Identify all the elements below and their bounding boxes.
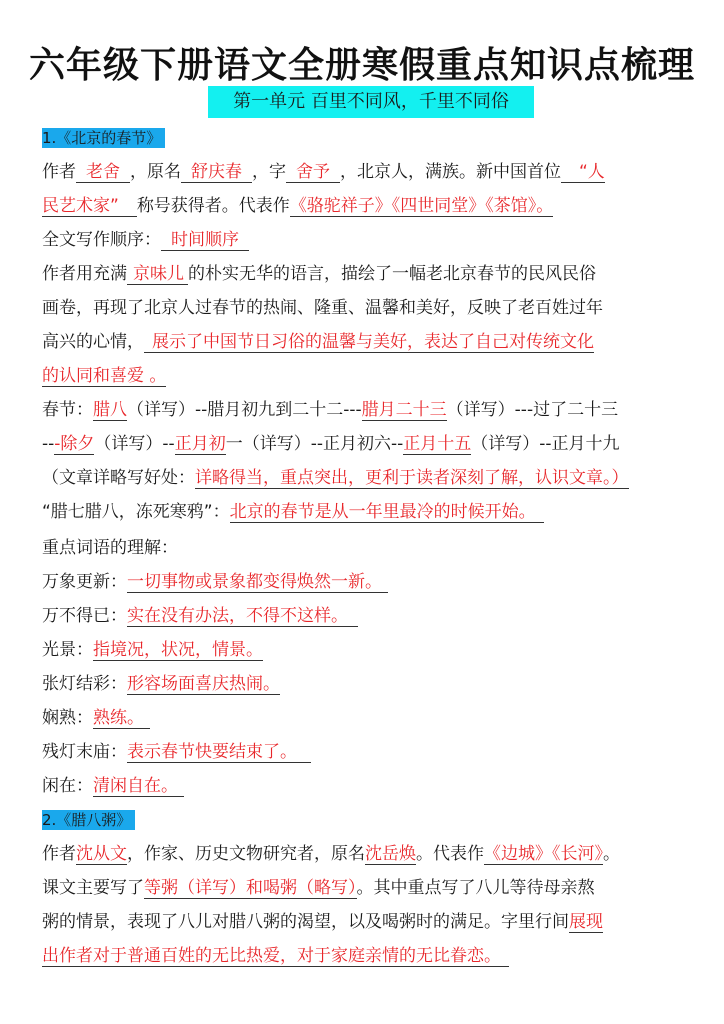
answer: 老舍: [76, 162, 130, 183]
text: 。: [603, 844, 620, 864]
text-line: 民艺术家”称号获得者。代表作《骆驼祥子》《四世同堂》《茶馆》。: [42, 194, 553, 218]
text: （详写）--正月十九: [471, 434, 619, 454]
vocab-item: 万不得已：实在没有办法，不得不这样。: [42, 604, 358, 628]
text-line: 高兴的心情，展示了中国节日习俗的温馨与美好，表达了自己对传统文化: [42, 330, 594, 354]
vocab-term: 闲在：: [42, 776, 93, 796]
answer: 等粥（详写）和喝粥（略写）: [144, 878, 357, 899]
text-line: 作者用充满京味儿的朴实无华的语言，描绘了一幅老北京春节的民风民俗: [42, 262, 596, 286]
text: --: [42, 434, 54, 454]
vocab-definition: 形容场面喜庆热闹。: [127, 674, 280, 695]
text: 的朴实无华的语言，描绘了一幅老北京春节的民风民俗: [188, 264, 596, 284]
vocab-term: 残灯末庙：: [42, 742, 127, 762]
vocab-item: 娴熟：熟练。: [42, 706, 150, 730]
answer: 《骆驼祥子》《四世同堂》《茶馆》。: [290, 196, 554, 217]
vocab-term: 张灯结彩：: [42, 674, 127, 694]
text-line: 画卷，再现了北京人过春节的热闹、隆重、温馨和美好，反映了老百姓过年: [42, 296, 603, 320]
answer: 舒庆春: [181, 162, 252, 183]
text: “腊七腊八，冻死寒鸦”：: [42, 502, 230, 522]
answer: “人: [561, 162, 605, 183]
text: （详写）--腊月初九到二十二---: [127, 400, 362, 420]
text: 高兴的心情，: [42, 332, 144, 352]
vocab-item: 闲在：清闲自在。: [42, 774, 184, 798]
answer: 京味儿: [127, 264, 188, 285]
answer: 正月初: [175, 434, 226, 455]
text: 称号获得者。代表作: [137, 196, 290, 216]
answer: 正月十五: [403, 434, 471, 455]
answer: 出作者对于普通百姓的无比热爱，对于家庭亲情的无比眷恋。: [42, 946, 509, 967]
answer: 展现: [569, 912, 603, 933]
text-line: 的认同和喜爱 。: [42, 364, 166, 388]
vocab-term: 娴熟：: [42, 708, 93, 728]
text: ，作家、历史文物研究者，原名: [127, 844, 365, 864]
text: 一（详写）--正月初六--: [226, 434, 404, 454]
answer: 腊八: [93, 400, 127, 421]
text: 作者用充满: [42, 264, 127, 284]
text: 。代表作: [416, 844, 484, 864]
text-line: 粥的情景，表现了八儿对腊八粥的渴望，以及喝粥时的满足。字里行间展现: [42, 910, 603, 934]
document-title: 六年级下册语文全册寒假重点知识点梳理: [0, 44, 724, 88]
answer: 详略得当，重点突出，更利于读者深刻了解，认识文章。）: [195, 468, 629, 489]
vocab-term: 万不得已：: [42, 606, 127, 626]
text: 课文主要写了: [42, 878, 144, 898]
text: （文章详略写好处：: [42, 468, 195, 488]
text: 。其中重点写了八儿等待母亲熬: [357, 878, 595, 898]
text: ，字: [252, 162, 286, 182]
text: ，原名: [130, 162, 181, 182]
text: 春节：: [42, 400, 93, 420]
text-line: 作者老舍，原名舒庆春，字舍予，北京人，满族。新中国首位“人: [42, 160, 605, 184]
answer: 《边城》《长河》: [484, 844, 603, 865]
text-line: 全文写作顺序：时间顺序: [42, 228, 249, 252]
text-line: 课文主要写了等粥（详写）和喝粥（略写）。其中重点写了八儿等待母亲熬: [42, 876, 595, 900]
answer: 沈岳焕: [365, 844, 416, 865]
vocab-definition: 指境况，状况，情景。: [93, 640, 263, 661]
answer: 北京的春节是从一年里最冷的时候开始。: [230, 502, 544, 523]
vocab-item: 万象更新：一切事物或景象都变得焕然一新。: [42, 570, 388, 594]
vocab-definition: 实在没有办法，不得不这样。: [127, 606, 358, 627]
vocab-definition: 清闲自在。: [93, 776, 184, 797]
section-heading-laba-porridge: 2.《腊八粥》: [42, 810, 135, 830]
section-heading-beijing-spring-festival: 1.《北京的春节》: [42, 128, 165, 148]
answer: 的认同和喜爱 。: [42, 366, 166, 387]
vocab-term: 万象更新：: [42, 572, 127, 592]
answer: 时间顺序: [161, 230, 249, 251]
answer: 展示了中国节日习俗的温馨与美好，表达了自己对传统文化: [144, 332, 594, 353]
vocab-item: 张灯结彩：形容场面喜庆热闹。: [42, 672, 280, 696]
text-line: （文章详略写好处：详略得当，重点突出，更利于读者深刻了解，认识文章。）: [42, 466, 629, 490]
text-line: 春节：腊八（详写）--腊月初九到二十二---腊月二十三（详写）---过了二十三: [42, 398, 618, 422]
vocab-item: 残灯末庙：表示春节快要结束了。: [42, 740, 311, 764]
text-line: 作者沈从文，作家、历史文物研究者，原名沈岳焕。代表作《边城》《长河》。: [42, 842, 620, 866]
answer: 舍予: [286, 162, 340, 183]
text: 粥的情景，表现了八儿对腊八粥的渴望，以及喝粥时的满足。字里行间: [42, 912, 569, 932]
vocab-definition: 熟练。: [93, 708, 150, 729]
text-line: 出作者对于普通百姓的无比热爱，对于家庭亲情的无比眷恋。: [42, 944, 509, 968]
text-line: ---除夕（详写）--正月初一（详写）--正月初六--正月十五（详写）--正月十…: [42, 432, 620, 456]
text: 作者: [42, 162, 76, 182]
text-line: “腊七腊八，冻死寒鸦”：北京的春节是从一年里最冷的时候开始。: [42, 500, 544, 524]
unit-banner: 第一单元 百里不同风，千里不同俗: [208, 86, 534, 118]
answer: -除夕: [54, 434, 94, 455]
text: ，北京人，满族。新中国首位: [340, 162, 561, 182]
document-page: 六年级下册语文全册寒假重点知识点梳理 第一单元 百里不同风，千里不同俗 1.《北…: [0, 0, 724, 1024]
answer: 腊月二十三: [362, 400, 447, 421]
text: 全文写作顺序：: [42, 230, 161, 250]
text: 作者: [42, 844, 76, 864]
vocab-heading: 重点词语的理解：: [42, 536, 178, 560]
vocab-item: 光景：指境况，状况，情景。: [42, 638, 263, 662]
answer: 沈从文: [76, 844, 127, 865]
text: （详写）---过了二十三: [447, 400, 618, 420]
text: （详写）--: [94, 434, 174, 454]
vocab-definition: 一切事物或景象都变得焕然一新。: [127, 572, 388, 593]
answer: 民艺术家”: [42, 196, 137, 217]
vocab-term: 光景：: [42, 640, 93, 660]
vocab-definition: 表示春节快要结束了。: [127, 742, 311, 763]
